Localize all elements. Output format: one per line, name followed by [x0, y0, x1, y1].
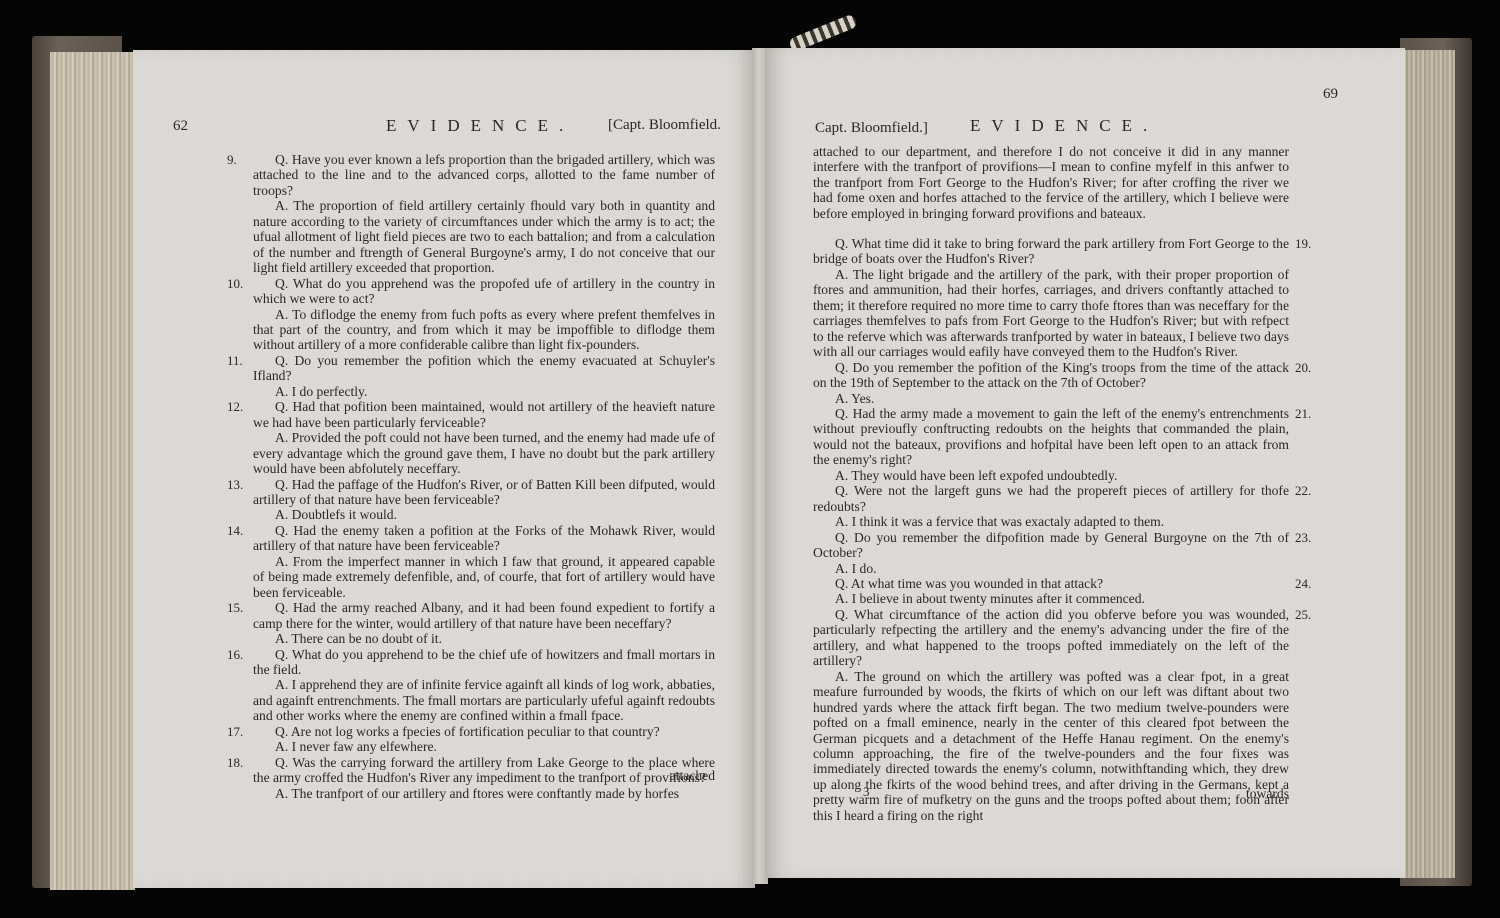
answer-text: A. From the imperfect manner in which I … — [253, 554, 715, 600]
answer-text: A. I never faw any elfewhere. — [253, 739, 715, 754]
question-text: Q. Are not log works a fpecies of fortif… — [253, 724, 715, 739]
answer-text: A. The proportion of field artillery cer… — [253, 198, 715, 275]
answer-text: A. I think it was a fervice that was exa… — [813, 514, 1289, 529]
question-number: 13. — [227, 477, 243, 493]
answer-text: A. Yes. — [813, 391, 1289, 406]
question-number: 18. — [227, 755, 243, 771]
question-text: Q. Do you remember the pofition which th… — [253, 353, 715, 384]
answer-text: A. I believe in about twenty minutes aft… — [813, 591, 1289, 606]
qa-item: 15.Q. Had the army reached Albany, and i… — [133, 600, 755, 646]
question-number: 22. — [1295, 483, 1311, 499]
question-number: 14. — [227, 523, 243, 539]
question-text: Q. What time did it take to bring forwar… — [813, 236, 1289, 267]
question-text: Q. Were not the largeft guns we had the … — [813, 483, 1289, 514]
answer-text: A. I do perfectly. — [253, 384, 715, 399]
running-title: EVIDENCE. — [386, 116, 574, 136]
page-edges-left — [50, 52, 135, 890]
running-head-name: [Capt. Bloomfield. — [608, 117, 721, 134]
question-number: 24. — [1295, 576, 1311, 592]
qa-list: 19.Q. What time did it take to bring for… — [765, 236, 1405, 823]
qa-item: 13.Q. Had the paffage of the Hudfon's Ri… — [133, 477, 755, 523]
answer-text: A. Provided the poft could not have been… — [253, 430, 715, 476]
qa-item: 23.Q. Do you remember the difpofition ma… — [765, 530, 1405, 576]
qa-item: 16.Q. What do you apprehend to be the ch… — [133, 647, 755, 724]
question-text: Q. What do you apprehend was the propofe… — [253, 276, 715, 307]
answer-text: A. There can be no doubt of it. — [253, 631, 715, 646]
question-text: Q. What circumftance of the action did y… — [813, 607, 1289, 669]
page-number: 69 — [1323, 86, 1338, 103]
question-number: 17. — [227, 724, 243, 740]
answer-text: A. Doubtlefs it would. — [253, 507, 715, 522]
question-number: 10. — [227, 276, 243, 292]
question-text: Q. What do you apprehend to be the chief… — [253, 647, 715, 678]
bookmark-ribbon — [788, 13, 858, 52]
left-page: 62 EVIDENCE. [Capt. Bloomfield. 9.Q. Hav… — [133, 50, 755, 888]
right-page: 69 Capt. Bloomfield.] EVIDENCE. attached… — [765, 48, 1405, 878]
page-number: 62 — [173, 118, 188, 135]
question-number: 19. — [1295, 236, 1311, 252]
answer-text: A. The tranfport of our artillery and ft… — [253, 786, 715, 801]
qa-item: 24.Q. At what time was you wounded in th… — [765, 576, 1405, 607]
qa-item: 22.Q. Were not the largeft guns we had t… — [765, 483, 1405, 529]
question-text: Q. Had that pofition been maintained, wo… — [253, 399, 715, 430]
qa-item: 20.Q. Do you remember the pofition of th… — [765, 360, 1405, 406]
question-text: Q. Had the paffage of the Hudfon's River… — [253, 477, 715, 508]
qa-item: 21.Q. Had the army made a movement to ga… — [765, 406, 1405, 483]
question-text: Q. Had the enemy taken a pofition at the… — [253, 523, 715, 554]
qa-item: 10.Q. What do you apprehend was the prop… — [133, 276, 755, 353]
question-number: 21. — [1295, 406, 1311, 422]
answer-text: A. They would have been left expofed und… — [813, 468, 1289, 483]
answer-text: A. To diflodge the enemy from fuch pofts… — [253, 307, 715, 353]
qa-item: 17.Q. Are not log works a fpecies of for… — [133, 724, 755, 755]
running-head-name: Capt. Bloomfield.] — [815, 120, 928, 137]
question-text: Q. Had the army reached Albany, and it h… — [253, 600, 715, 631]
question-text: Q. Do you remember the difpofition made … — [813, 530, 1289, 561]
question-number: 9. — [227, 152, 237, 168]
question-number: 16. — [227, 647, 243, 663]
qa-item: 14.Q. Had the enemy taken a pofition at … — [133, 523, 755, 600]
question-number: 20. — [1295, 360, 1311, 376]
qa-item: 19.Q. What time did it take to bring for… — [765, 236, 1405, 360]
answer-text: A. I do. — [813, 561, 1289, 576]
question-text: Q. At what time was you wounded in that … — [813, 576, 1289, 591]
catchword: towards — [813, 786, 1289, 801]
running-title: EVIDENCE. — [970, 116, 1158, 136]
question-text: Q. Have you ever known a lefs proportion… — [253, 152, 715, 198]
answer-text: A. The light brigade and the artillery o… — [813, 267, 1289, 360]
question-number: 15. — [227, 600, 243, 616]
question-text: Q. Had the army made a movement to gain … — [813, 406, 1289, 468]
question-number: 25. — [1295, 607, 1311, 623]
catchword: attached — [253, 768, 715, 783]
question-number: 11. — [227, 353, 243, 369]
question-number: 23. — [1295, 530, 1311, 546]
continuation-text: attached to our department, and therefor… — [813, 144, 1289, 221]
qa-list: 9.Q. Have you ever known a lefs proporti… — [133, 152, 755, 801]
qa-item: 9.Q. Have you ever known a lefs proporti… — [133, 152, 755, 276]
qa-item: 11.Q. Do you remember the pofition which… — [133, 353, 755, 399]
question-number: 12. — [227, 399, 243, 415]
qa-item: 12.Q. Had that pofition been maintained,… — [133, 399, 755, 476]
question-text: Q. Do you remember the pofition of the K… — [813, 360, 1289, 391]
signature-mark: 3 — [863, 784, 870, 800]
page-edges-right — [1400, 50, 1455, 878]
answer-text: A. I apprehend they are of infinite ferv… — [253, 677, 715, 723]
